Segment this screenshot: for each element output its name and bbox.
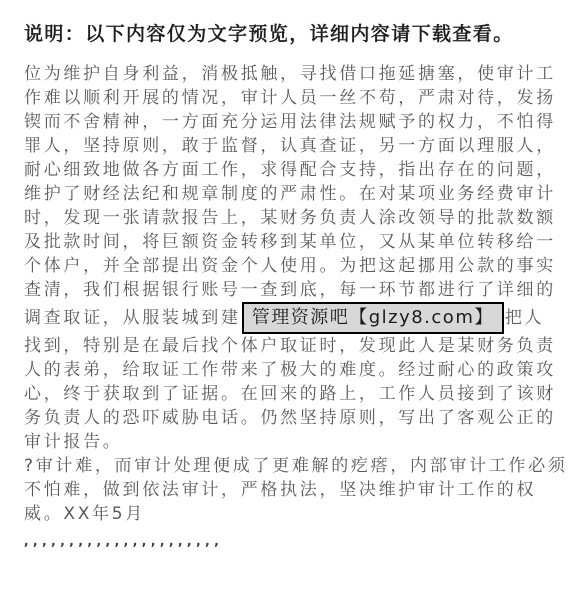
text-line: ?审计难，而审计处理便成了更难解的疙瘩，内部审计工作必须 bbox=[24, 454, 564, 478]
preview-body: 位为维护自身利益，消极抵触，寻找借口拖延搪塞，使审计工作难以顺利开展的情况，审计… bbox=[24, 62, 564, 526]
text-line: 个体户，并全部提出资金个人使用。为把这起挪用公款的事实 bbox=[24, 254, 564, 278]
text-line: 时，发现一张请款报告上，某财务负责人涂改领导的批款数额 bbox=[24, 206, 564, 230]
text-line: 威。XX年5月 bbox=[24, 502, 564, 526]
preview-notice: 说明：以下内容仅为文字预览，详细内容请下载查看。 bbox=[24, 19, 564, 46]
text-line: 心，终于获取到了证据。在回来的路上，工作人员接到了该财 bbox=[24, 382, 564, 406]
text-line: 锲而不舍精神，一方面充分运用法律法规赋予的权力，不怕得 bbox=[24, 110, 564, 134]
text-line: 位为维护自身利益，消极抵触，寻找借口拖延搪塞，使审计工 bbox=[24, 62, 564, 86]
text-line: 人的表弟，给取证工作带来了极大的难度。经过耐心的政策攻 bbox=[24, 358, 564, 382]
text-line: 找到，特别是在最后找个体户取证时，发现此人是某财务负责 bbox=[24, 334, 564, 358]
text-line: 作难以顺利开展的情况，审计人员一丝不苟，严肃对待，发扬 bbox=[24, 86, 564, 110]
text-line: 查清，我们根据银行账号一查到底，每一环节都进行了详细的 bbox=[24, 278, 564, 302]
text-after-watermark: 把人 bbox=[505, 308, 544, 328]
text-line: 审计报告。 bbox=[24, 430, 564, 454]
watermark-badge: 管理资源吧【glzy8.com】 bbox=[242, 302, 504, 334]
text-before-watermark: 调查取证，从服装城到建 bbox=[24, 308, 241, 328]
text-line: 维护了财经法纪和规章制度的严肃性。在对某项业务经费审计 bbox=[24, 182, 564, 206]
text-line: 务负责人的恐吓威胁电话。仍然坚持原则，写出了客观公正的 bbox=[24, 406, 564, 430]
text-line: 及批款时间，将巨额资金转移到某单位，又从某单位转移给一 bbox=[24, 230, 564, 254]
truncation-dots: ,,,,,,,,,,,,,,,,,,,,,, bbox=[24, 534, 564, 548]
document-preview-page: 说明：以下内容仅为文字预览，详细内容请下载查看。 位为维护自身利益，消极抵触，寻… bbox=[0, 0, 578, 600]
text-line: 耐心细致地做各方面工作，求得配合支持，指出存在的问题， bbox=[24, 158, 564, 182]
text-line: 调查取证，从服装城到建管理资源吧【glzy8.com】把人 bbox=[24, 302, 564, 334]
text-line: 不怕难，做到依法审计，严格执法，坚决维护审计工作的权 bbox=[24, 478, 564, 502]
text-line: 罪人，坚持原则，敢于监督，认真查证，另一方面以理服人， bbox=[24, 134, 564, 158]
